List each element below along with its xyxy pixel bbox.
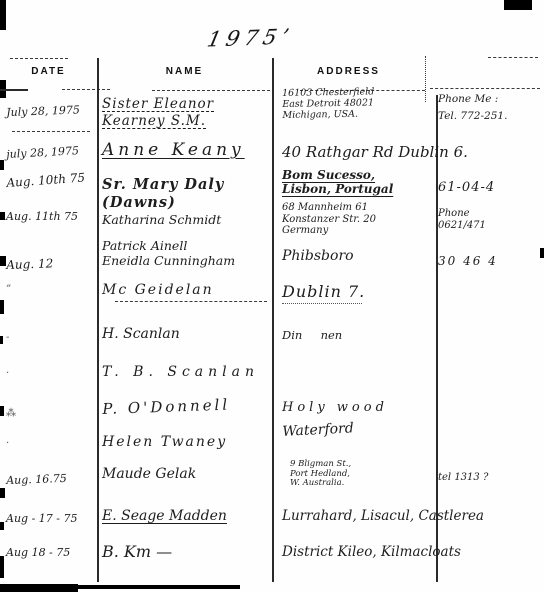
entry-date: Aug. 12	[6, 255, 98, 273]
entry-date: Aug - 17 - 75	[6, 512, 98, 526]
entry-address: 68 Mannheim 61 Konstanzer Str. 20 German…	[282, 202, 452, 237]
entry-name-signature: B. Km —	[102, 542, 278, 562]
row-guide-line	[115, 301, 267, 302]
entry-phone: Phone 0621/471	[438, 208, 542, 232]
table-line-top	[10, 58, 68, 59]
entry-date: Aug. 10th 75	[6, 170, 99, 191]
guestbook-page: 1975’ DATE NAME ADDRESS July 28, 1975 Si…	[0, 0, 544, 593]
header-underline	[152, 90, 270, 91]
entry-phone: 30 46 4	[438, 254, 542, 269]
entry-address: District Kileo, Kilmacloats	[282, 544, 461, 561]
entry-name: P. O'Donnell	[102, 394, 279, 419]
entry-date: ”	[6, 284, 98, 297]
entry-address: Din nen	[282, 328, 452, 342]
row-guide-line	[12, 131, 90, 132]
entry-name: T. B. Scanlan	[102, 364, 259, 382]
entry-date: -	[6, 332, 98, 345]
entry-date: Aug. 11th 75	[6, 210, 98, 224]
row-guide-line	[282, 303, 362, 304]
entry-name: Sr. Mary Daly (Dawns)	[102, 176, 278, 212]
entry-name: H. Scanlan	[102, 326, 278, 344]
header-underline	[62, 89, 110, 90]
scan-mark-bottom-bar	[70, 585, 240, 589]
column-header-name: NAME	[97, 66, 272, 77]
entry-name: Sister Eleanor Kearney S.M.	[102, 96, 278, 130]
entry-address: 9 Bligman St., Port Hedland, W. Australi…	[282, 460, 460, 489]
entry-name: Mc Geidelan	[102, 282, 278, 300]
scan-mark	[504, 0, 532, 10]
scan-mark	[0, 0, 6, 30]
entry-name: Maude Gelak	[102, 466, 278, 484]
entry-name: E. Seage Madden	[102, 508, 278, 526]
entry-name: Katharina Schmidt	[102, 212, 278, 228]
scan-mark	[0, 212, 5, 220]
scan-mark	[0, 160, 4, 170]
entry-date: ·	[6, 368, 98, 381]
table-line-top	[488, 57, 538, 58]
entry-date: july 28, 1975	[6, 143, 99, 162]
entry-phone: 61-04-4	[438, 180, 542, 196]
entry-address: Waterford	[282, 415, 453, 441]
divider-name-address	[272, 58, 274, 582]
entry-date: Aug 18 - 75	[6, 546, 98, 560]
scan-mark	[0, 556, 4, 578]
entry-address: Phibsboro	[282, 248, 452, 266]
scan-mark	[0, 488, 5, 498]
scan-mark	[0, 522, 4, 530]
entry-name: Helen Twaney	[102, 434, 278, 452]
entry-address: Holy wood	[282, 400, 452, 416]
scan-mark	[0, 336, 3, 344]
entry-address: Dublin 7.	[282, 282, 452, 302]
column-header-date: DATE	[0, 66, 97, 77]
entry-address: 40 Rathgar Rd Dublin 6.	[282, 143, 468, 162]
header-underline	[0, 89, 28, 91]
entry-name: Patrick Ainell Eneidla Cunningham	[102, 238, 278, 268]
scan-mark	[0, 300, 4, 314]
entry-phone: Phone Me : Tel. 772-251.	[438, 91, 542, 125]
entry-date: Aug. 16.75	[6, 471, 98, 488]
entry-address: 16103 Chesterfield East Detroit 48021 Mi…	[282, 85, 453, 121]
entry-date: July 28, 1975	[6, 103, 98, 120]
scan-mark	[0, 406, 4, 416]
entry-name: Anne Keany	[102, 140, 278, 161]
divider-date-name	[97, 58, 99, 582]
entry-address: Lurrahard, Lisacul, Castlerea	[282, 508, 484, 525]
entry-phone: tel 1313 ?	[438, 472, 542, 485]
scan-mark-bottom-bar	[0, 584, 78, 592]
page-title: 1975’	[205, 25, 296, 52]
entry-date: ·	[6, 438, 98, 451]
entry-address: Bom Sucesso, Lisbon, Portugal	[282, 168, 452, 196]
column-header-address: ADDRESS	[272, 66, 425, 77]
entry-date: ⁂	[6, 408, 98, 421]
